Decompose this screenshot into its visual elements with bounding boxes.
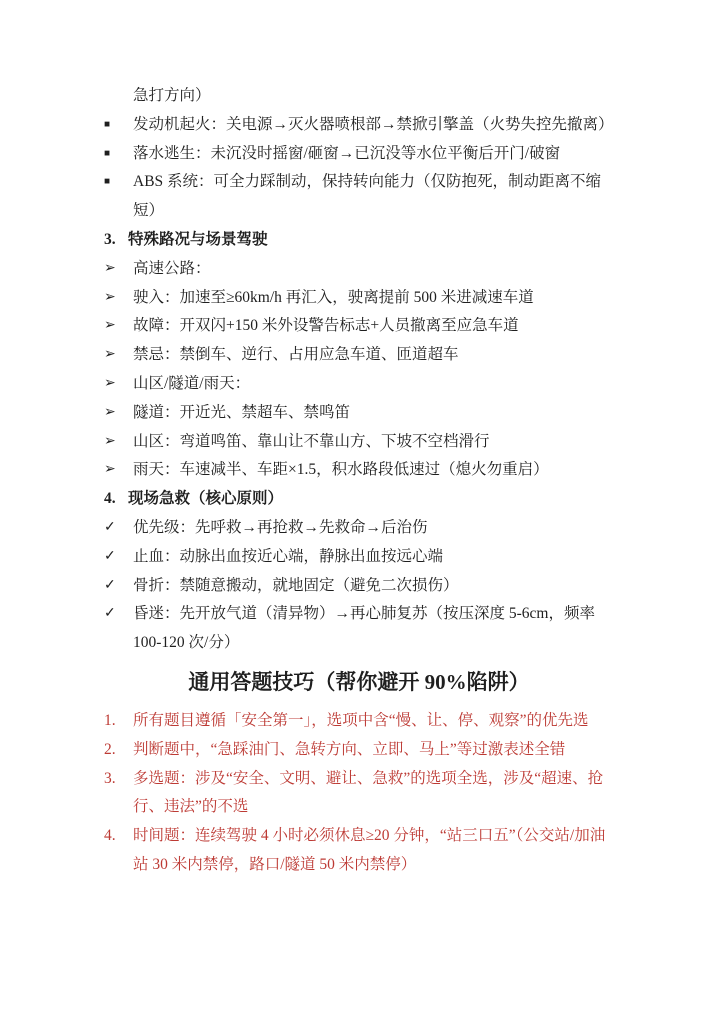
list-item-text: 骨折：禁随意搬动，就地固定（避免二次损伤） [133,572,614,601]
tip-text: 时间题：连续驾驶 4 小时必须休息≥20 分钟，“站三口五”（公交站/加油站 3… [133,822,614,880]
tip-item: 4. 时间题：连续驾驶 4 小时必须休息≥20 分钟，“站三口五”（公交站/加油… [104,822,614,880]
section-title: 现场急救（核心原则） [128,485,614,514]
section-number: 4. [104,485,128,514]
list-item: ➢ 山区/隧道/雨天： [104,370,614,399]
tip-item: 3. 多选题：涉及“安全、文明、避让、急救”的选项全选，涉及“超速、抢行、违法”… [104,765,614,823]
list-item: ✓ 骨折：禁随意搬动，就地固定（避免二次损伤） [104,572,614,601]
arrow-bullet-icon: ➢ [104,284,133,313]
tip-number: 2. [104,736,133,765]
paragraph-text: 急打方向） [133,82,614,111]
list-item-text: 昏迷：先开放气道（清异物）→再心肺复苏（按压深度 5-6cm，频率 100-12… [133,600,614,658]
arrow-bullet-icon: ➢ [104,341,133,370]
check-bullet-icon: ✓ [104,514,133,543]
tip-number: 4. [104,822,133,851]
list-item: ■ 落水逃生：未沉没时摇窗/砸窗→已沉没等水位平衡后开门/破窗 [104,140,614,169]
tip-number: 3. [104,765,133,794]
check-bullet-icon: ✓ [104,572,133,601]
list-item: ✓ 优先级：先呼救→再抢救→先救命→后治伤 [104,514,614,543]
list-item: ➢ 禁忌：禁倒车、逆行、占用应急车道、匝道超车 [104,341,614,370]
arrow-bullet-icon: ➢ [104,428,133,457]
list-item-text: 隧道：开近光、禁超车、禁鸣笛 [133,399,614,428]
list-item-text: 山区/隧道/雨天： [133,370,614,399]
list-item-text: 止血：动脉出血按近心端，静脉出血按远心端 [133,543,614,572]
section-heading-3: 3. 特殊路况与场景驾驶 [104,226,614,255]
list-item-text: 故障：开双闪+150 米外设警告标志+人员撤离至应急车道 [133,312,614,341]
list-item-text: 雨天：车速减半、车距×1.5，积水路段低速过（熄火勿重启） [133,456,614,485]
list-item-text: 山区：弯道鸣笛、靠山让不靠山方、下坡不空档滑行 [133,428,614,457]
list-item-text: 禁忌：禁倒车、逆行、占用应急车道、匝道超车 [133,341,614,370]
square-bullet-icon: ■ [104,140,133,169]
section-number: 3. [104,226,128,255]
arrow-bullet-icon: ➢ [104,370,133,399]
document-page: 急打方向） ■ 发动机起火：关电源→灭火器喷根部→禁掀引擎盖（火势失控先撤离） … [0,0,720,1018]
list-item-text: 驶入：加速至≥60km/h 再汇入，驶离提前 500 米进减速车道 [133,284,614,313]
tips-section-title: 通用答题技巧（帮你避开 90%陷阱） [104,667,614,698]
square-bullet-icon: ■ [104,111,133,140]
arrow-bullet-icon: ➢ [104,255,133,284]
tip-text: 所有题目遵循「安全第一」，选项中含“慢、让、停、观察”的优先选 [133,707,614,736]
check-bullet-icon: ✓ [104,600,133,629]
tip-text: 判断题中，“急踩油门、急转方向、立即、马上”等过激表述全错 [133,736,614,765]
list-item: ➢ 驶入：加速至≥60km/h 再汇入，驶离提前 500 米进减速车道 [104,284,614,313]
list-item: ■ 发动机起火：关电源→灭火器喷根部→禁掀引擎盖（火势失控先撤离） [104,111,614,140]
list-item: ➢ 高速公路： [104,255,614,284]
tip-item: 1. 所有题目遵循「安全第一」，选项中含“慢、让、停、观察”的优先选 [104,707,614,736]
square-bullet-icon: ■ [104,168,133,197]
list-item-text: 高速公路： [133,255,614,284]
tip-number: 1. [104,707,133,736]
list-item: ➢ 雨天：车速减半、车距×1.5，积水路段低速过（熄火勿重启） [104,456,614,485]
tip-item: 2. 判断题中，“急踩油门、急转方向、立即、马上”等过激表述全错 [104,736,614,765]
arrow-bullet-icon: ➢ [104,456,133,485]
list-item-text: 优先级：先呼救→再抢救→先救命→后治伤 [133,514,614,543]
list-item: ➢ 故障：开双闪+150 米外设警告标志+人员撤离至应急车道 [104,312,614,341]
list-item-text: 落水逃生：未沉没时摇窗/砸窗→已沉没等水位平衡后开门/破窗 [133,140,614,169]
list-item: ■ ABS 系统：可全力踩制动，保持转向能力（仅防抱死，制动距离不缩短） [104,168,614,226]
list-item: ✓ 昏迷：先开放气道（清异物）→再心肺复苏（按压深度 5-6cm，频率 100-… [104,600,614,658]
arrow-bullet-icon: ➢ [104,399,133,428]
section-heading-4: 4. 现场急救（核心原则） [104,485,614,514]
check-bullet-icon: ✓ [104,543,133,572]
list-item: ➢ 隧道：开近光、禁超车、禁鸣笛 [104,399,614,428]
list-item-text: ABS 系统：可全力踩制动，保持转向能力（仅防抱死，制动距离不缩短） [133,168,614,226]
list-item: ➢ 山区：弯道鸣笛、靠山让不靠山方、下坡不空档滑行 [104,428,614,457]
section-title: 特殊路况与场景驾驶 [128,226,614,255]
arrow-bullet-icon: ➢ [104,312,133,341]
tip-text: 多选题：涉及“安全、文明、避让、急救”的选项全选，涉及“超速、抢行、违法”的不选 [133,765,614,823]
list-item: ✓ 止血：动脉出血按近心端，静脉出血按远心端 [104,543,614,572]
continuation-line: 急打方向） [104,82,614,111]
list-item-text: 发动机起火：关电源→灭火器喷根部→禁掀引擎盖（火势失控先撤离） [133,111,614,140]
